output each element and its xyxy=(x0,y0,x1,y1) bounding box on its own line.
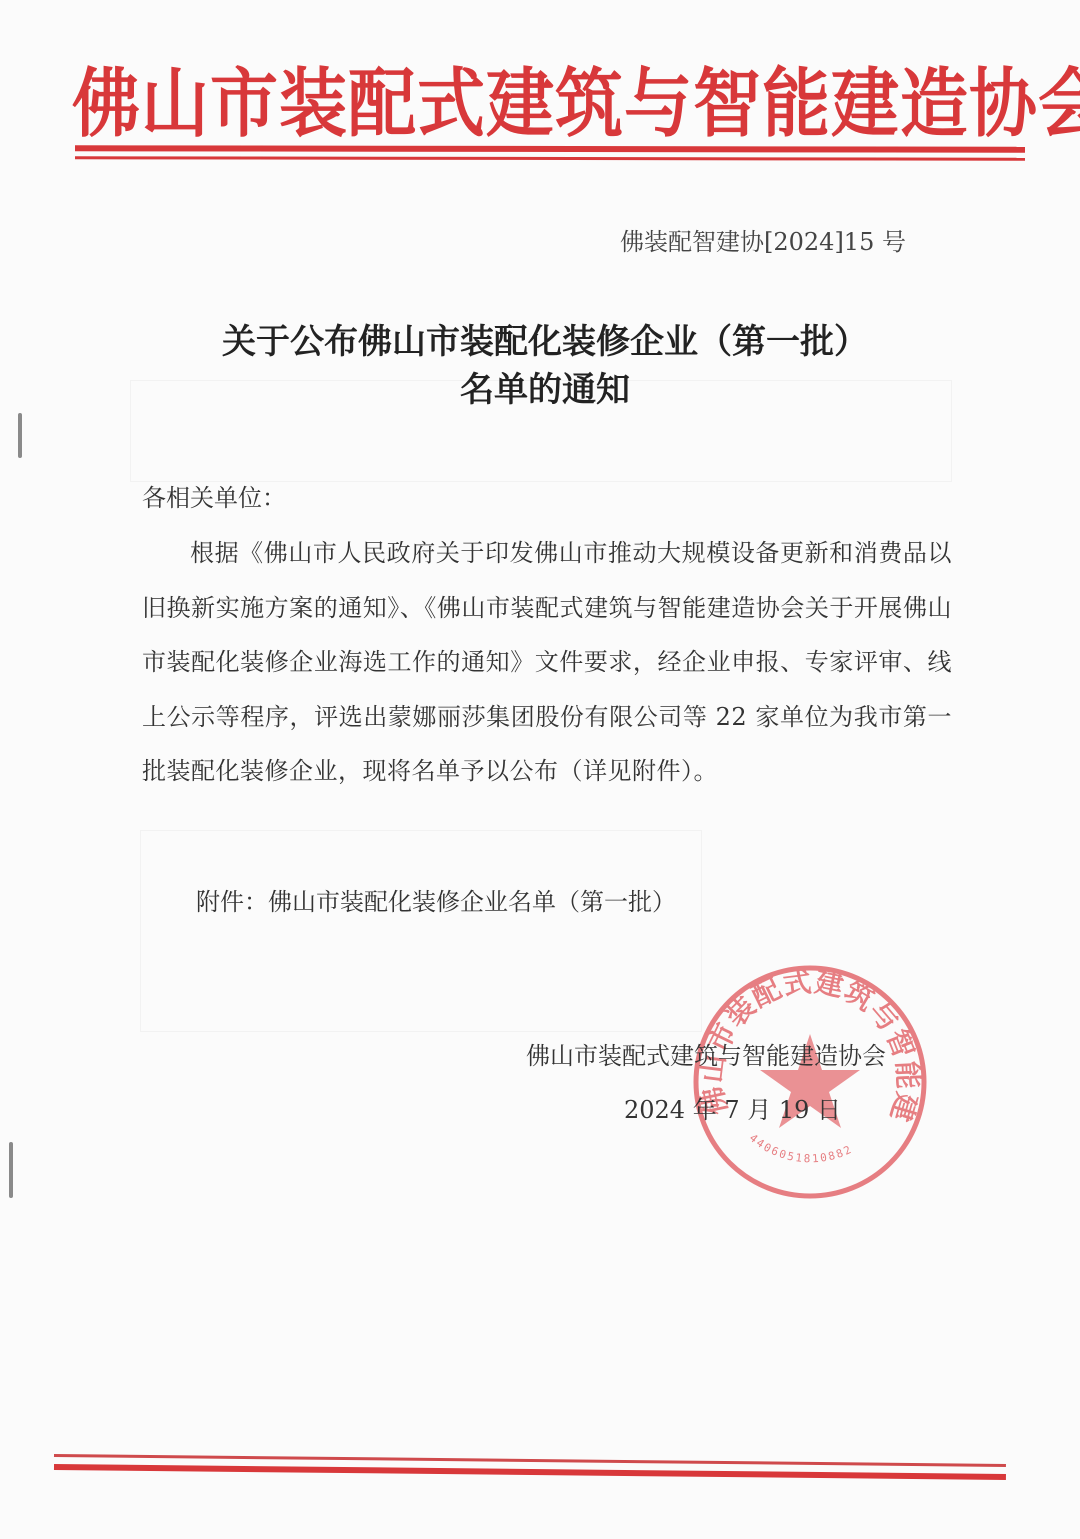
staple-mark xyxy=(18,413,22,458)
body-paragraph: 根据《佛山市人民政府关于印发佛山市推动大规模设备更新和消费品以旧换新实施方案的通… xyxy=(142,526,952,799)
signature-date: 2024 年 7 月 19 日 xyxy=(624,1090,841,1125)
salutation: 各相关单位： xyxy=(142,478,286,513)
staple-mark xyxy=(9,1142,13,1198)
show-through-artifact xyxy=(140,830,702,1032)
seal-code: 4406051810882 xyxy=(747,1131,855,1165)
attachment-line: 附件：佛山市装配化装修企业名单（第一批） xyxy=(196,882,676,917)
letterhead-rule-thin xyxy=(75,156,1025,160)
document-title: 关于公布佛山市装配化装修企业（第一批） 名单的通知 xyxy=(120,318,970,414)
letterhead-rule-thick xyxy=(75,145,1025,152)
signature-organization: 佛山市装配式建筑与智能建造协会 xyxy=(526,1036,886,1071)
document-title-line-2: 名单的通知 xyxy=(120,366,970,414)
official-seal: 佛山市装配式建筑与智能建造协会 4406051810882 xyxy=(690,962,930,1202)
document-number: 佛装配智建协[2024]15 号 xyxy=(620,222,906,257)
document-title-line-1: 关于公布佛山市装配化装修企业（第一批） xyxy=(120,318,970,366)
svg-text:4406051810882: 4406051810882 xyxy=(747,1131,855,1165)
letterhead-title: 佛山市装配式建筑与智能建造协会 xyxy=(72,58,1032,150)
footer-rule-thick xyxy=(54,1464,1006,1480)
